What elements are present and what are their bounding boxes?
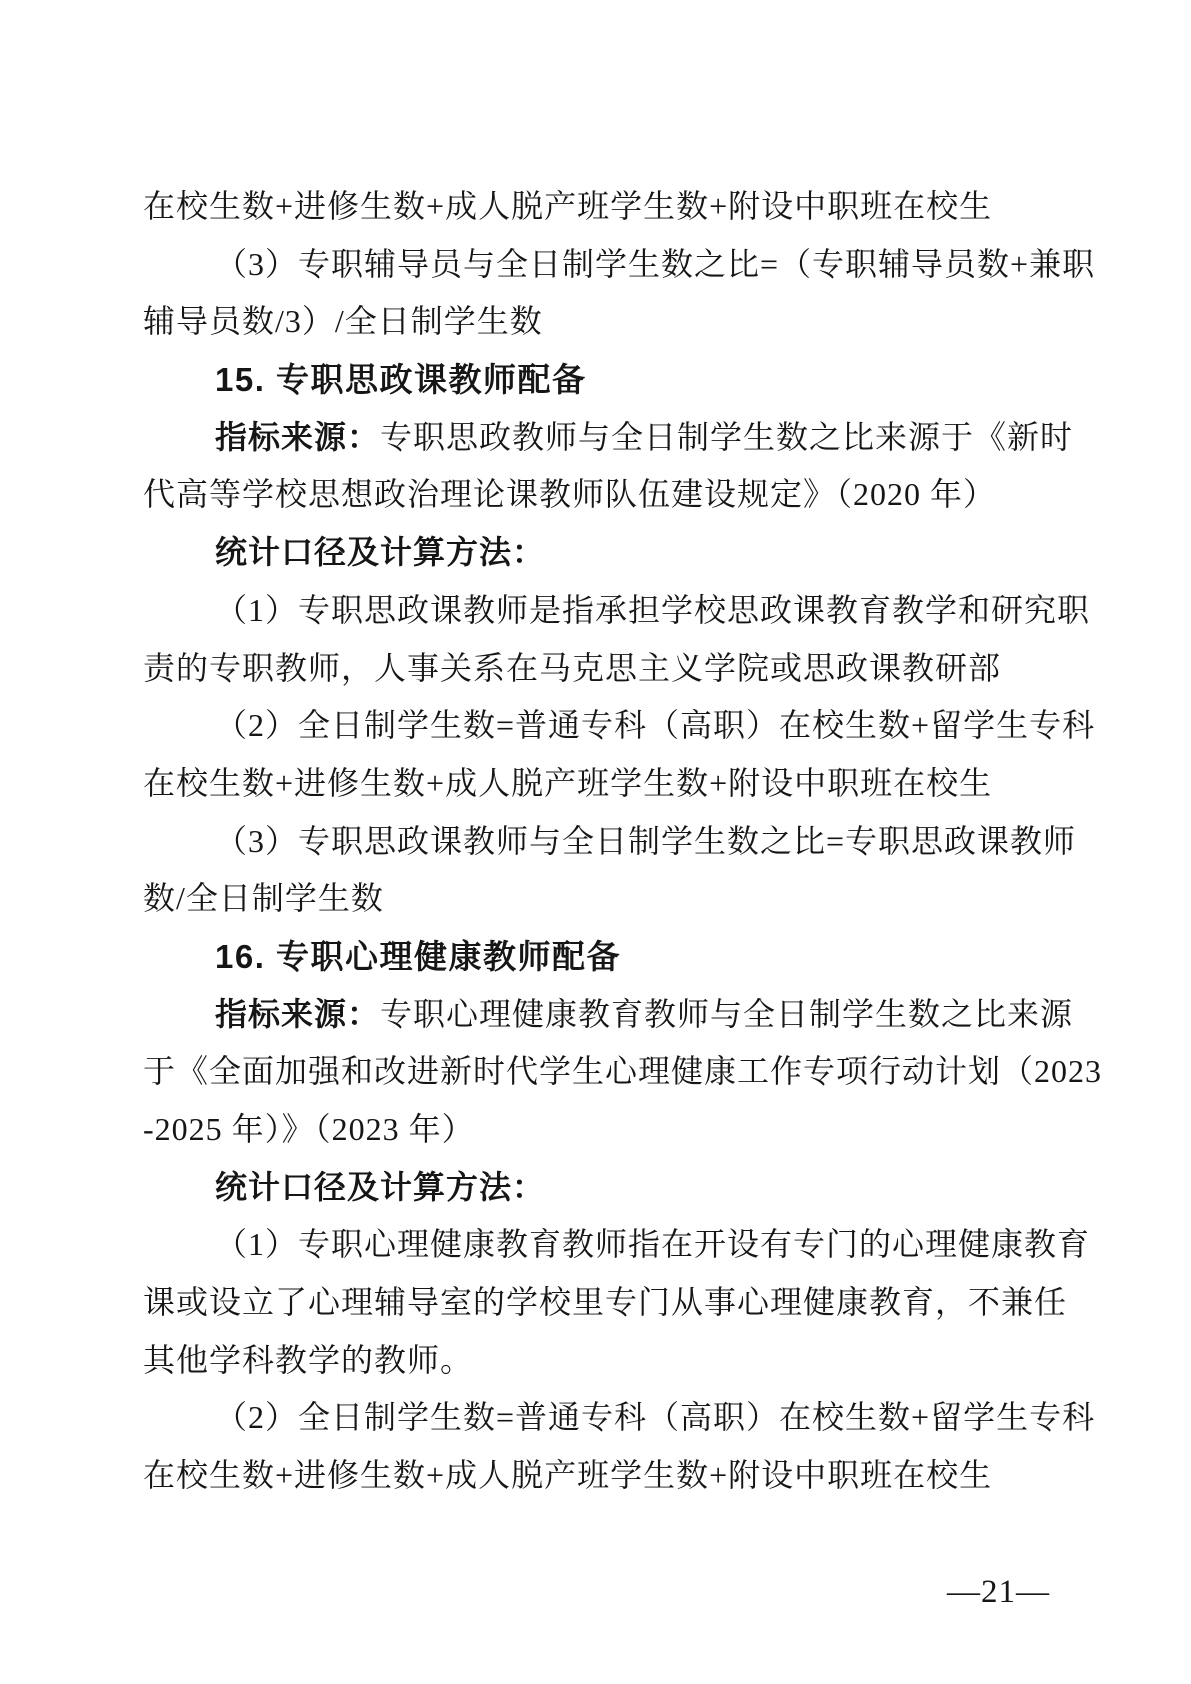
text-line: 代高等学校思想政治理论课教师队伍建设规定》（2020 年） <box>143 466 1050 524</box>
section-heading: 16. 专职心理健康教师配备 <box>143 928 1050 986</box>
text-line: 责的专职教师，人事关系在马克思主义学院或思政课教研部 <box>143 640 1050 698</box>
text-block: 在校生数+进修生数+成人脱产班学生数+附设中职班在校生（3）专职辅导员与全日制学… <box>143 178 1050 1505</box>
lead-in-line: 统计口径及计算方法： <box>143 1159 1050 1217</box>
lead-in-label: 指标来源： <box>215 419 380 455</box>
section-heading: 15. 专职思政课教师配备 <box>143 351 1050 409</box>
text-line: 其他学科教学的教师。 <box>143 1332 1050 1390</box>
document-page: 在校生数+进修生数+成人脱产班学生数+附设中职班在校生（3）专职辅导员与全日制学… <box>0 0 1191 1684</box>
text-line: 指标来源：专职心理健康教育教师与全日制学生数之比来源 <box>143 986 1050 1044</box>
lead-in-label: 指标来源： <box>215 996 380 1032</box>
page-number: —21— <box>143 1563 1050 1621</box>
text-line: 辅导员数/3）/全日制学生数 <box>143 293 1050 351</box>
text-line: （3）专职辅导员与全日制学生数之比=（专职辅导员数+兼职 <box>143 236 1050 294</box>
text-line: 课或设立了心理辅导室的学校里专门从事心理健康教育，不兼任 <box>143 1274 1050 1332</box>
text-line: （1）专职心理健康教育教师指在开设有专门的心理健康教育 <box>143 1216 1050 1274</box>
text-line: （1）专职思政课教师是指承担学校思政课教育教学和研究职 <box>143 582 1050 640</box>
text-line: （3）专职思政课教师与全日制学生数之比=专职思政课教师 <box>143 813 1050 871</box>
text-line: 于《全面加强和改进新时代学生心理健康工作专项行动计划（2023 <box>143 1043 1050 1101</box>
text-line: 在校生数+进修生数+成人脱产班学生数+附设中职班在校生 <box>143 178 1050 236</box>
text-line: 指标来源：专职思政教师与全日制学生数之比来源于《新时 <box>143 409 1050 467</box>
lead-in-line: 统计口径及计算方法： <box>143 524 1050 582</box>
text-line: 在校生数+进修生数+成人脱产班学生数+附设中职班在校生 <box>143 755 1050 813</box>
text-line: 在校生数+进修生数+成人脱产班学生数+附设中职班在校生 <box>143 1447 1050 1505</box>
text-line: 数/全日制学生数 <box>143 870 1050 928</box>
text-line: （2）全日制学生数=普通专科（高职）在校生数+留学生专科 <box>143 1389 1050 1447</box>
text-line: -2025 年）》（2023 年） <box>143 1101 1050 1159</box>
text-line: （2）全日制学生数=普通专科（高职）在校生数+留学生专科 <box>143 697 1050 755</box>
